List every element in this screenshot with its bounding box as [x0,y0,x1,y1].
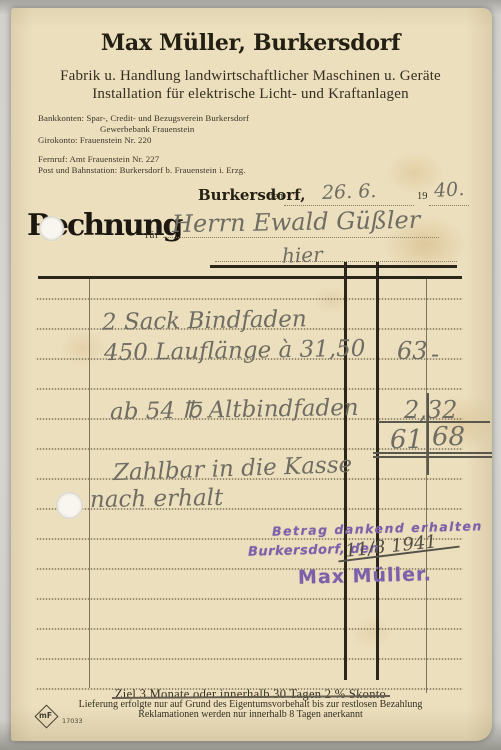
total-double-underline-2 [373,456,492,458]
entry-item1-line2: 450 Lauflänge à 31,50 [104,336,366,367]
company-name: Max Müller, Burkersdorf [0,30,501,56]
post-station-line: Post und Bahnstation: Burkersdorf b. Fra… [38,165,246,176]
entry-item1-amount-mark: 63 [397,337,428,365]
entry-item1-amount-pf: - [431,340,439,368]
table-top-rule [38,276,462,279]
customer-place-handwriting: hier [282,242,324,267]
total-amount-pf: 68 [432,422,465,452]
entry-item1-line1: 2 Sack Bindfaden [102,306,307,336]
table-column-rule-drawn-2 [376,262,379,680]
fuer-label: für [145,230,160,241]
total-amount-mark: 61 [390,425,423,455]
company-subtitle-2: Installation für elektrische Licht- und … [0,86,501,103]
entry-item2-amount: 2,32 [404,396,457,424]
scanned-invoice-document: Max Müller, Burkersdorf Fabrik u. Handlu… [0,0,501,750]
pencil-column-stroke [427,393,429,475]
giro-info-line: Girokonto: Frauenstein Nr. 220 [38,135,151,146]
date-handwriting: 26. 6. [322,180,377,204]
address-underline [210,265,457,268]
stamp-signature: Max Müller. [298,563,432,588]
date-year-prefix: 19 [417,191,428,202]
invoice-content: Max Müller, Burkersdorf Fabrik u. Handlu… [0,0,501,750]
customer-handwriting: Herrn Ewald Güßler [172,206,421,238]
total-double-underline-1 [373,452,492,454]
bank-info-line-2: Gewerbebank Frauenstein [100,124,194,135]
date-den-label: den [268,191,283,202]
printer-mark-text: mF [38,711,53,720]
company-subtitle-1: Fabrik u. Handlung landwirtschaftlicher … [0,68,501,85]
entry-item2: ab 54 ℔ Altbindfaden [110,395,359,425]
customer-dotted-line-2 [215,246,457,262]
printer-number: 17033 [62,717,83,725]
year-handwriting: 40. [433,178,465,202]
payment-note-line2: nach erhalt [90,485,224,513]
table-column-rule-left [89,279,90,688]
punch-hole-top [39,216,64,241]
punch-hole-middle [56,492,83,519]
phone-info-line: Fernruf: Amt Frauenstein Nr. 227 [38,154,159,165]
bank-info-line-1: Bankkonten: Spar-, Credit- und Bezugsver… [38,113,249,124]
